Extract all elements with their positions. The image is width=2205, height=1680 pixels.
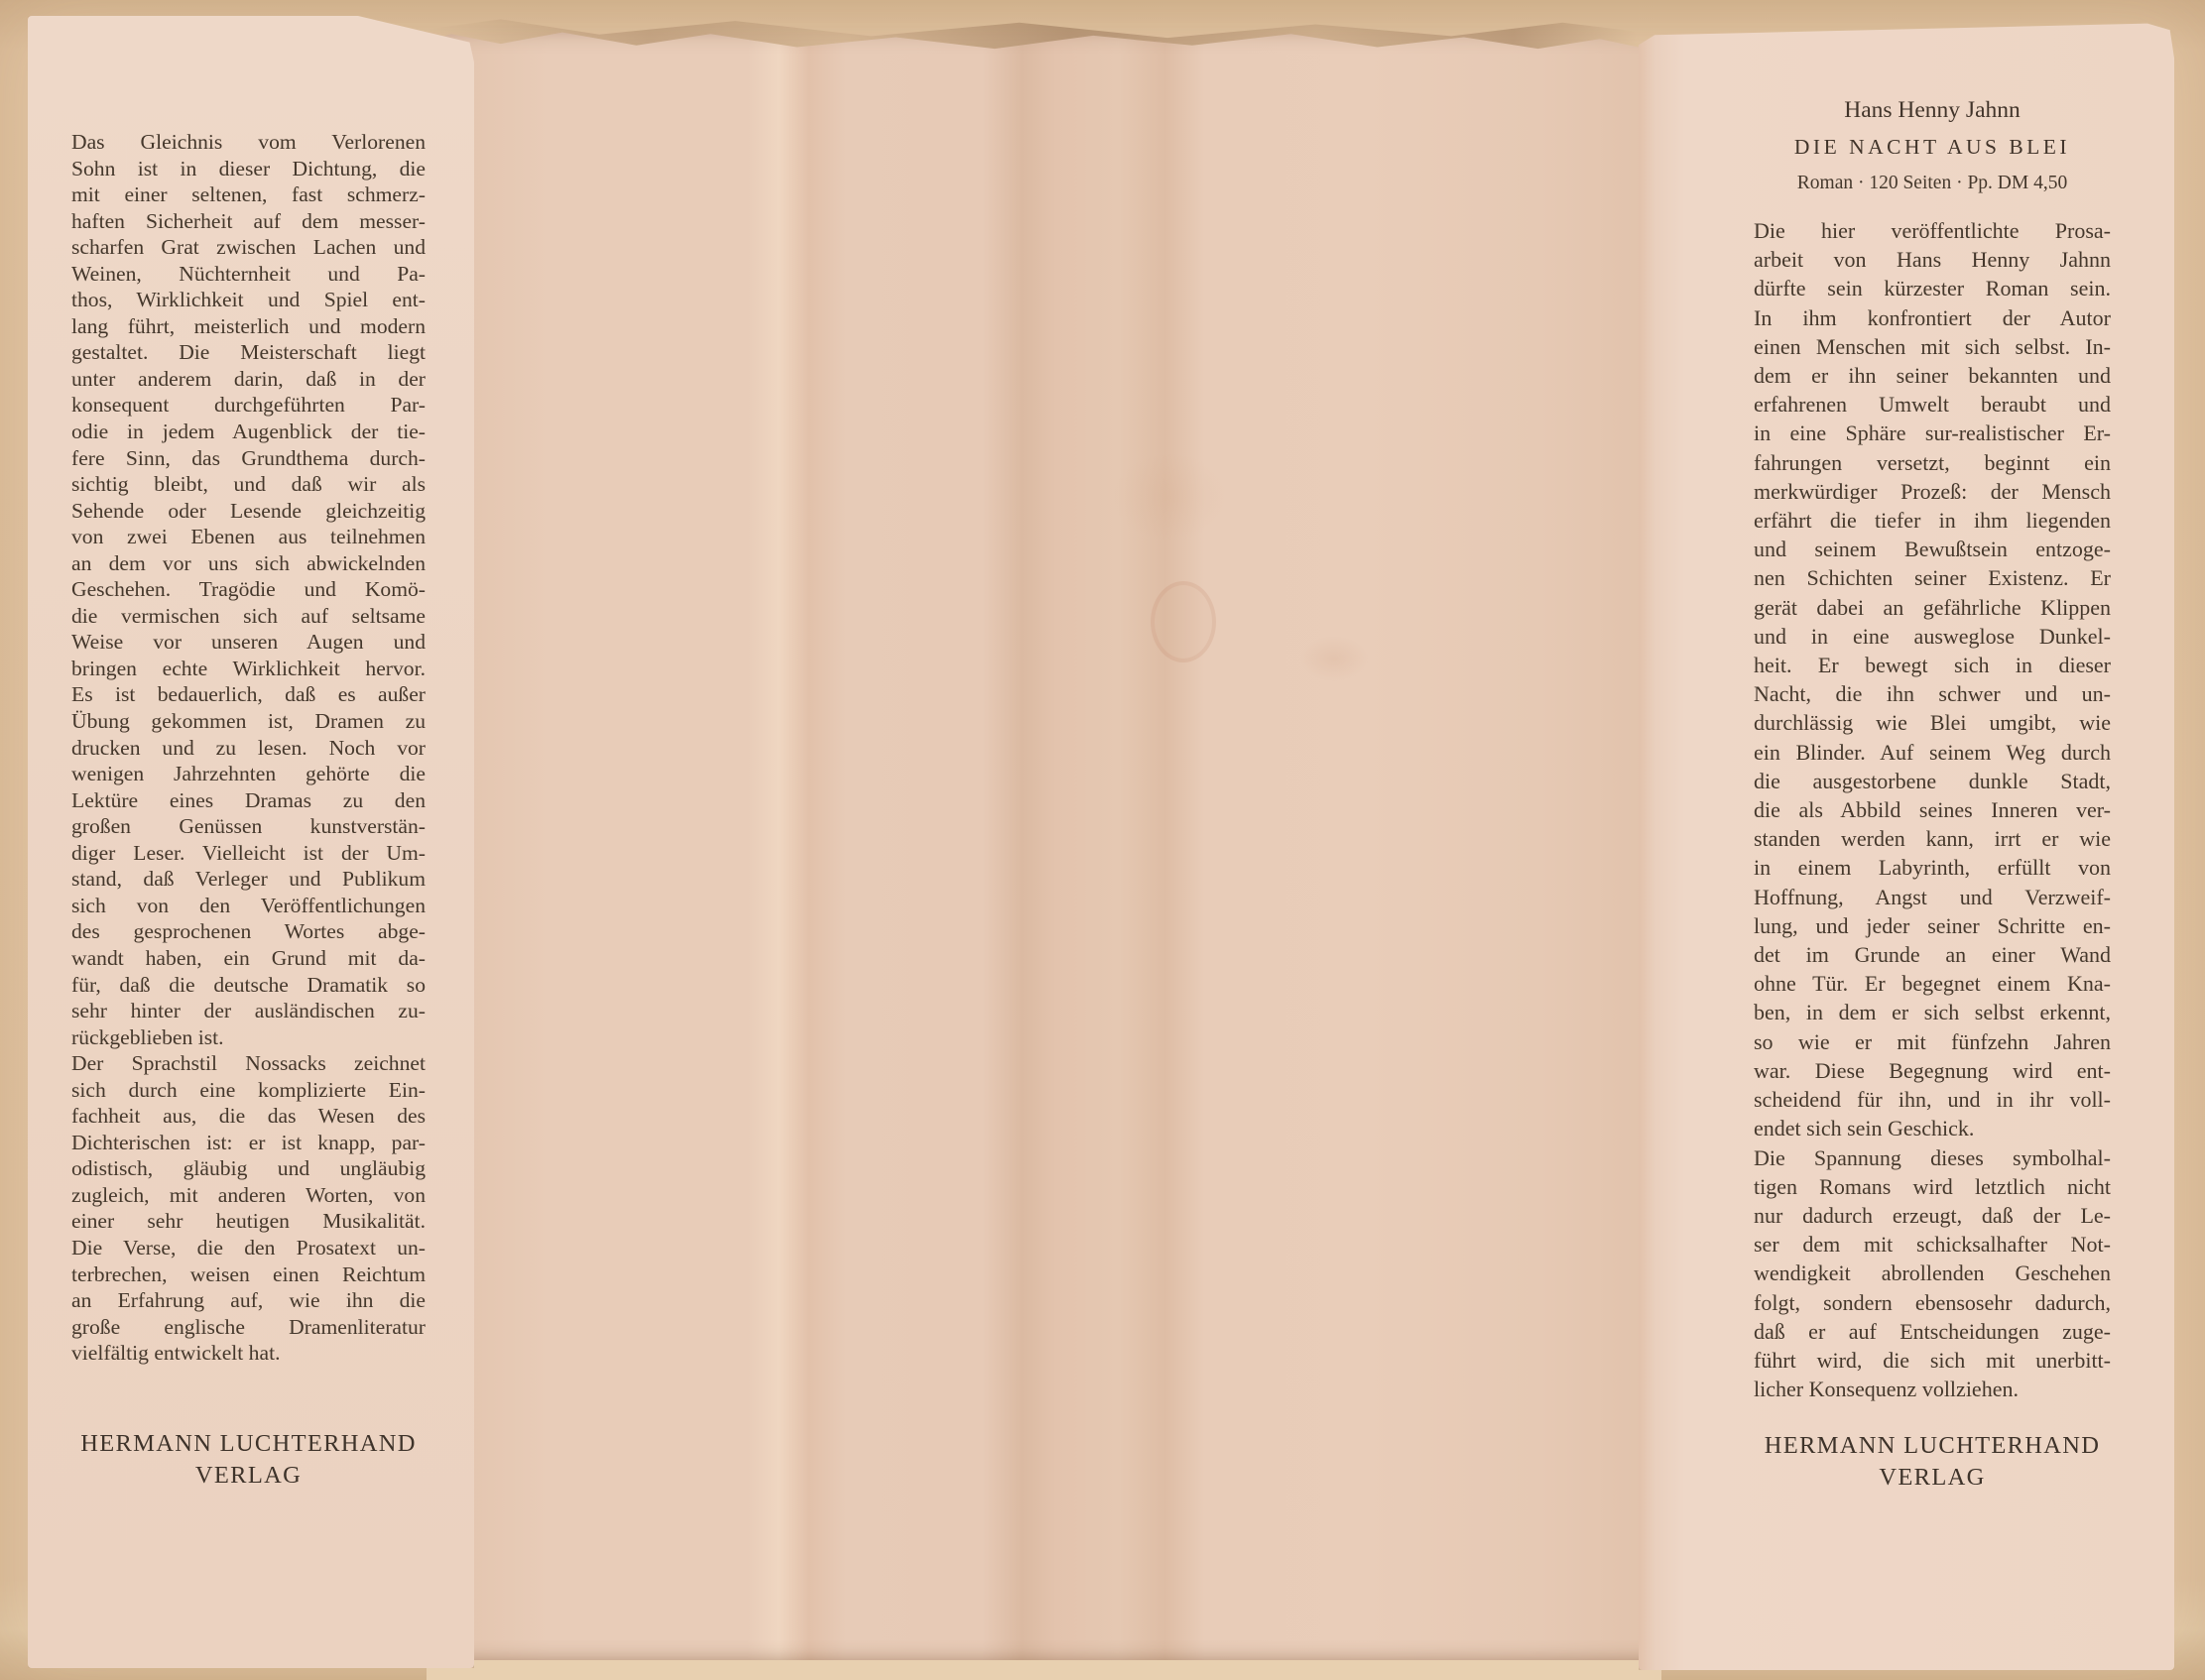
text-line: sich von den Veröffentlichungen	[71, 893, 426, 919]
text-line: Weinen, Nüchternheit und Pa-	[71, 261, 426, 288]
text-line: Geschehen. Tragödie und Komö-	[71, 576, 426, 603]
text-line: wandt haben, ein Grund mit da-	[71, 945, 426, 972]
text-line: bringen echte Wirklichkeit hervor.	[71, 656, 426, 682]
author-name: Hans Henny Jahnn	[1754, 97, 2111, 124]
text-line: lang führt, meisterlich und modern	[71, 313, 426, 340]
text-line: nur dadurch erzeugt, daß der Le-	[1754, 1201, 2111, 1230]
text-line: fere Sinn, das Grundthema durch-	[71, 445, 426, 472]
text-line: Die hier veröffentlichte Prosa-	[1754, 216, 2111, 245]
text-line: von zwei Ebenen aus teilnehmen	[71, 524, 426, 550]
text-line: zugleich, mit anderen Worten, von	[71, 1182, 426, 1209]
text-line: terbrechen, weisen einen Reichtum	[71, 1261, 426, 1288]
text-line: Übung gekommen ist, Dramen zu	[71, 708, 426, 735]
text-line: ben, in dem er sich selbst erkennt,	[1754, 998, 2111, 1026]
text-line: sichtig bleibt, und daß wir als	[71, 471, 426, 498]
text-line: an Erfahrung auf, wie ihn die	[71, 1287, 426, 1314]
paper-stain	[1111, 452, 1230, 541]
imprint-line: Roman · 120 Seiten · Pp. DM 4,50	[1754, 173, 2111, 194]
text-line: stand, daß Verleger und Publikum	[71, 866, 426, 893]
text-line: odie in jedem Augenblick der tie-	[71, 419, 426, 445]
text-line: ein Blinder. Auf seinem Weg durch	[1754, 738, 2111, 767]
text-line: ohne Tür. Er begegnet einem Kna-	[1754, 969, 2111, 998]
text-line: gestaltet. Die Meisterschaft liegt	[71, 339, 426, 366]
text-line: heit. Er bewegt sich in dieser	[1754, 651, 2111, 679]
text-line: so wie er mit fünfzehn Jahren	[1754, 1027, 2111, 1056]
text-line: odistisch, gläubig und ungläubig	[71, 1155, 426, 1182]
text-line: und seinem Bewußtsein entzoge-	[1754, 535, 2111, 563]
text-line: durchlässig wie Blei umgibt, wie	[1754, 708, 2111, 737]
board-bottom-edge	[427, 1660, 1661, 1680]
text-line: war. Diese Begegnung wird ent-	[1754, 1056, 2111, 1085]
text-line: diger Leser. Vielleicht ist der Um-	[71, 840, 426, 867]
publisher-imprint: HERMANN LUCHTERHAND VERLAG	[67, 1428, 429, 1492]
text-line: des gesprochenen Wortes abge-	[71, 918, 426, 945]
text-line: an dem vor uns sich abwickelnden	[71, 550, 426, 577]
text-line: für, daß die deutsche Dramatik so	[71, 972, 426, 999]
text-line: die ausgestorbene dunkle Stadt,	[1754, 767, 2111, 795]
book-title: DIE NACHT AUS BLEI	[1754, 135, 2111, 160]
jacket-back-panel	[427, 26, 1661, 1662]
text-line: lung, und jeder seiner Schritte en-	[1754, 911, 2111, 940]
text-line: endet sich sein Geschick.	[1754, 1114, 2111, 1142]
text-line: merkwürdiger Prozeß: der Mensch	[1754, 477, 2111, 506]
text-line: vielfältig entwickelt hat.	[71, 1340, 426, 1367]
text-line: wendigkeit abrollenden Geschehen	[1754, 1259, 2111, 1287]
text-line: scheidend für ihn, und in ihr voll-	[1754, 1085, 2111, 1114]
paper-stain	[1299, 636, 1369, 681]
text-line: det im Grunde an einer Wand	[1754, 940, 2111, 969]
text-line: Das Gleichnis vom Verlorenen	[71, 129, 426, 156]
text-line: Lektüre eines Dramas zu den	[71, 787, 426, 814]
text-line: fahrungen versetzt, beginnt ein	[1754, 448, 2111, 477]
text-line: arbeit von Hans Henny Jahnn	[1754, 245, 2111, 274]
text-line: große englische Dramenliteratur	[71, 1314, 426, 1341]
text-line: konsequent durchgeführten Par-	[71, 392, 426, 419]
left-flap-text: Das Gleichnis vom VerlorenenSohn ist in …	[71, 129, 426, 1367]
text-line: in eine Sphäre sur-realistischer Er-	[1754, 419, 2111, 447]
paper-stain	[1151, 581, 1216, 662]
text-line: sich durch eine komplizierte Ein-	[71, 1077, 426, 1104]
text-line: Sohn ist in dieser Dichtung, die	[71, 156, 426, 182]
text-line: in einem Labyrinth, erfüllt von	[1754, 853, 2111, 882]
right-flap: Hans Henny Jahnn DIE NACHT AUS BLEI Roma…	[1639, 22, 2174, 1670]
text-line: haften Sicherheit auf dem messer-	[71, 208, 426, 235]
publisher-line: HERMANN LUCHTERHAND	[1754, 1430, 2111, 1462]
text-line: führt wird, die sich mit unerbitt-	[1754, 1346, 2111, 1375]
text-line: Es ist bedauerlich, daß es außer	[71, 681, 426, 708]
text-line: daß er auf Entscheidungen zuge-	[1754, 1317, 2111, 1346]
text-line: In ihm konfrontiert der Autor	[1754, 303, 2111, 332]
text-line: drucken und zu lesen. Noch vor	[71, 735, 426, 762]
text-line: Die Spannung dieses symbolhal-	[1754, 1143, 2111, 1172]
left-flap: Das Gleichnis vom VerlorenenSohn ist in …	[28, 16, 474, 1668]
text-line: Dichterischen ist: er ist knapp, par-	[71, 1130, 426, 1156]
text-line: folgt, sondern ebensosehr dadurch,	[1754, 1288, 2111, 1317]
text-line: dem er ihn seiner bekannten und	[1754, 361, 2111, 390]
text-line: Die Verse, die den Prosatext un-	[71, 1235, 426, 1261]
text-line: Weise vor unseren Augen und	[71, 629, 426, 656]
text-line: erfährt die tiefer in ihm liegenden	[1754, 506, 2111, 535]
publisher-line: VERLAG	[1754, 1462, 2111, 1494]
text-line: einer sehr heutigen Musikalität.	[71, 1208, 426, 1235]
text-line: thos, Wirklichkeit und Spiel ent-	[71, 287, 426, 313]
right-flap-text: Die hier veröffentlichte Prosa-arbeit vo…	[1754, 216, 2111, 1403]
text-line: nen Schichten seiner Existenz. Er	[1754, 563, 2111, 592]
text-line: licher Konsequenz vollziehen.	[1754, 1375, 2111, 1403]
text-line: großen Genüssen kunstverstän-	[71, 813, 426, 840]
text-line: unter anderem darin, daß in der	[71, 366, 426, 393]
text-line: Sehende oder Lesende gleichzeitig	[71, 498, 426, 525]
text-line: scharfen Grat zwischen Lachen und	[71, 234, 426, 261]
text-line: die vermischen sich auf seltsame	[71, 603, 426, 630]
text-line: wenigen Jahrzehnten gehörte die	[71, 761, 426, 787]
text-line: Nacht, die ihn schwer und un-	[1754, 679, 2111, 708]
book-jacket-scan: Das Gleichnis vom VerlorenenSohn ist in …	[0, 0, 2205, 1680]
text-line: Hoffnung, Angst und Verzweif-	[1754, 883, 2111, 911]
text-line: tigen Romans wird letztlich nicht	[1754, 1172, 2111, 1201]
text-line: sehr hinter der ausländischen zu-	[71, 998, 426, 1024]
text-line: dürfte sein kürzester Roman sein.	[1754, 274, 2111, 302]
publisher-imprint: HERMANN LUCHTERHAND VERLAG	[1754, 1430, 2111, 1494]
text-line: und in eine ausweglose Dunkel-	[1754, 622, 2111, 651]
text-line: ser dem mit schicksalhafter Not-	[1754, 1230, 2111, 1259]
text-line: gerät dabei an gefährliche Klippen	[1754, 593, 2111, 622]
text-line: einen Menschen mit sich selbst. In-	[1754, 332, 2111, 361]
text-line: erfahrenen Umwelt beraubt und	[1754, 390, 2111, 419]
text-line: die als Abbild seines Inneren ver-	[1754, 795, 2111, 824]
text-line: standen werden kann, irrt er wie	[1754, 824, 2111, 853]
text-line: fachheit aus, die das Wesen des	[71, 1103, 426, 1130]
text-line: rückgeblieben ist.	[71, 1024, 426, 1051]
text-line: mit einer seltenen, fast schmerz-	[71, 181, 426, 208]
publisher-line: HERMANN LUCHTERHAND	[67, 1428, 429, 1460]
text-line: Der Sprachstil Nossacks zeichnet	[71, 1050, 426, 1077]
publisher-line: VERLAG	[67, 1460, 429, 1492]
